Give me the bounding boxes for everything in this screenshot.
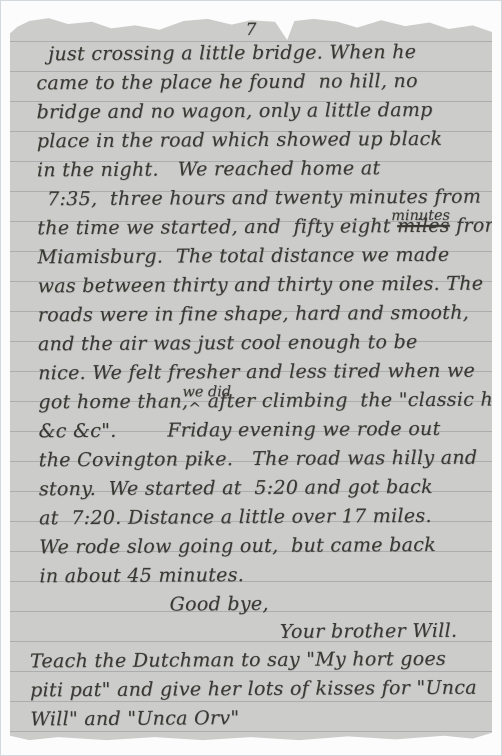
letter-line: got home than,we did^ after climbing the… xyxy=(38,386,480,418)
postscript-line: piti pat" and give her lots of kisses fo… xyxy=(30,674,482,706)
line-text: nice. We felt fresher and less tired whe… xyxy=(38,360,475,385)
letter-line: nice. We felt fresher and less tired whe… xyxy=(38,357,480,389)
letter-line: in about 45 minutes. xyxy=(39,560,481,592)
letter-line: at 7:20. Distance a little over 17 miles… xyxy=(39,502,481,534)
line-text-post: from xyxy=(450,214,502,236)
letter-line: Miamisburg. The total distance we made xyxy=(37,241,479,273)
line-text: Miamisburg. The total distance we made xyxy=(37,244,449,269)
line-text: roads were in fine shape, hard and smoot… xyxy=(38,302,469,327)
letter-line: We rode slow going out, but came back xyxy=(39,531,481,563)
letter-body-lines: just crossing a little bridge. When heca… xyxy=(36,38,481,592)
line-text: and the air was just cool enough to be xyxy=(38,331,418,355)
line-text: We rode slow going out, but came back xyxy=(39,534,436,558)
letter-line: the time we started, and fifty eight min… xyxy=(37,212,479,244)
line-text: at 7:20. Distance a little over 17 miles… xyxy=(39,505,432,529)
letter-page: 7 just crossing a little bridge. When he… xyxy=(10,13,492,743)
line-text: the Covington pike. The road was hilly a… xyxy=(39,447,478,472)
line-text: in about 45 minutes. xyxy=(39,564,244,587)
letter-line: &c &c". Friday evening we rode out xyxy=(38,415,480,447)
scanned-letter-frame: 7 just crossing a little bridge. When he… xyxy=(0,0,502,756)
line-text: &c &c". Friday evening we rode out xyxy=(38,418,440,442)
inserted-word-above: minutes xyxy=(391,201,450,230)
line-text-pre: the time we started, and fifty eight xyxy=(37,215,397,239)
correction: minutesmiles xyxy=(397,212,450,241)
letter-line: was between thirty and thirty one miles.… xyxy=(38,270,480,302)
line-text: bridge and no wagon, only a little damp xyxy=(37,99,433,123)
letter-line: roads were in fine shape, hard and smoot… xyxy=(38,299,480,331)
line-text: came to the place he found no hill, no xyxy=(36,70,418,94)
letter-line: came to the place he found no hill, no xyxy=(36,67,478,99)
letter-line: and the air was just cool enough to be xyxy=(38,328,480,360)
letter-line: place in the road which showed up black xyxy=(37,125,479,157)
line-text: was between thirty and thirty one miles.… xyxy=(38,273,484,298)
line-text: just crossing a little bridge. When he xyxy=(48,41,416,65)
postscript: Teach the Dutchman to say "My hort goesp… xyxy=(30,645,483,735)
line-text-post: after climbing the "classic heights xyxy=(201,388,502,412)
handwriting-layer: 7 just crossing a little bridge. When he… xyxy=(10,12,492,15)
line-text-pre: got home than, xyxy=(38,390,188,413)
letter-line: just crossing a little bridge. When he xyxy=(36,38,478,70)
closing-line: Good bye, xyxy=(170,589,482,619)
line-text: in the night. We reached home at xyxy=(37,157,381,181)
letter-line: bridge and no wagon, only a little damp xyxy=(37,96,479,128)
line-text: place in the road which showed up black xyxy=(37,128,443,152)
letter-line: in the night. We reached home at xyxy=(37,154,479,186)
letter-body: just crossing a little bridge. When heca… xyxy=(10,38,496,735)
postscript-line: Will" and "Unca Orv" xyxy=(30,703,482,735)
correction: we did^ xyxy=(188,387,201,417)
letter-line: stony. We started at 5:20 and got back xyxy=(39,473,481,505)
insertion-caret: ^ xyxy=(188,400,201,418)
letter-line: the Covington pike. The road was hilly a… xyxy=(39,444,481,476)
postscript-line: Teach the Dutchman to say "My hort goes xyxy=(30,645,482,677)
signature-line: Your brother Will. xyxy=(280,617,482,646)
line-text: stony. We started at 5:20 and got back xyxy=(39,476,433,500)
